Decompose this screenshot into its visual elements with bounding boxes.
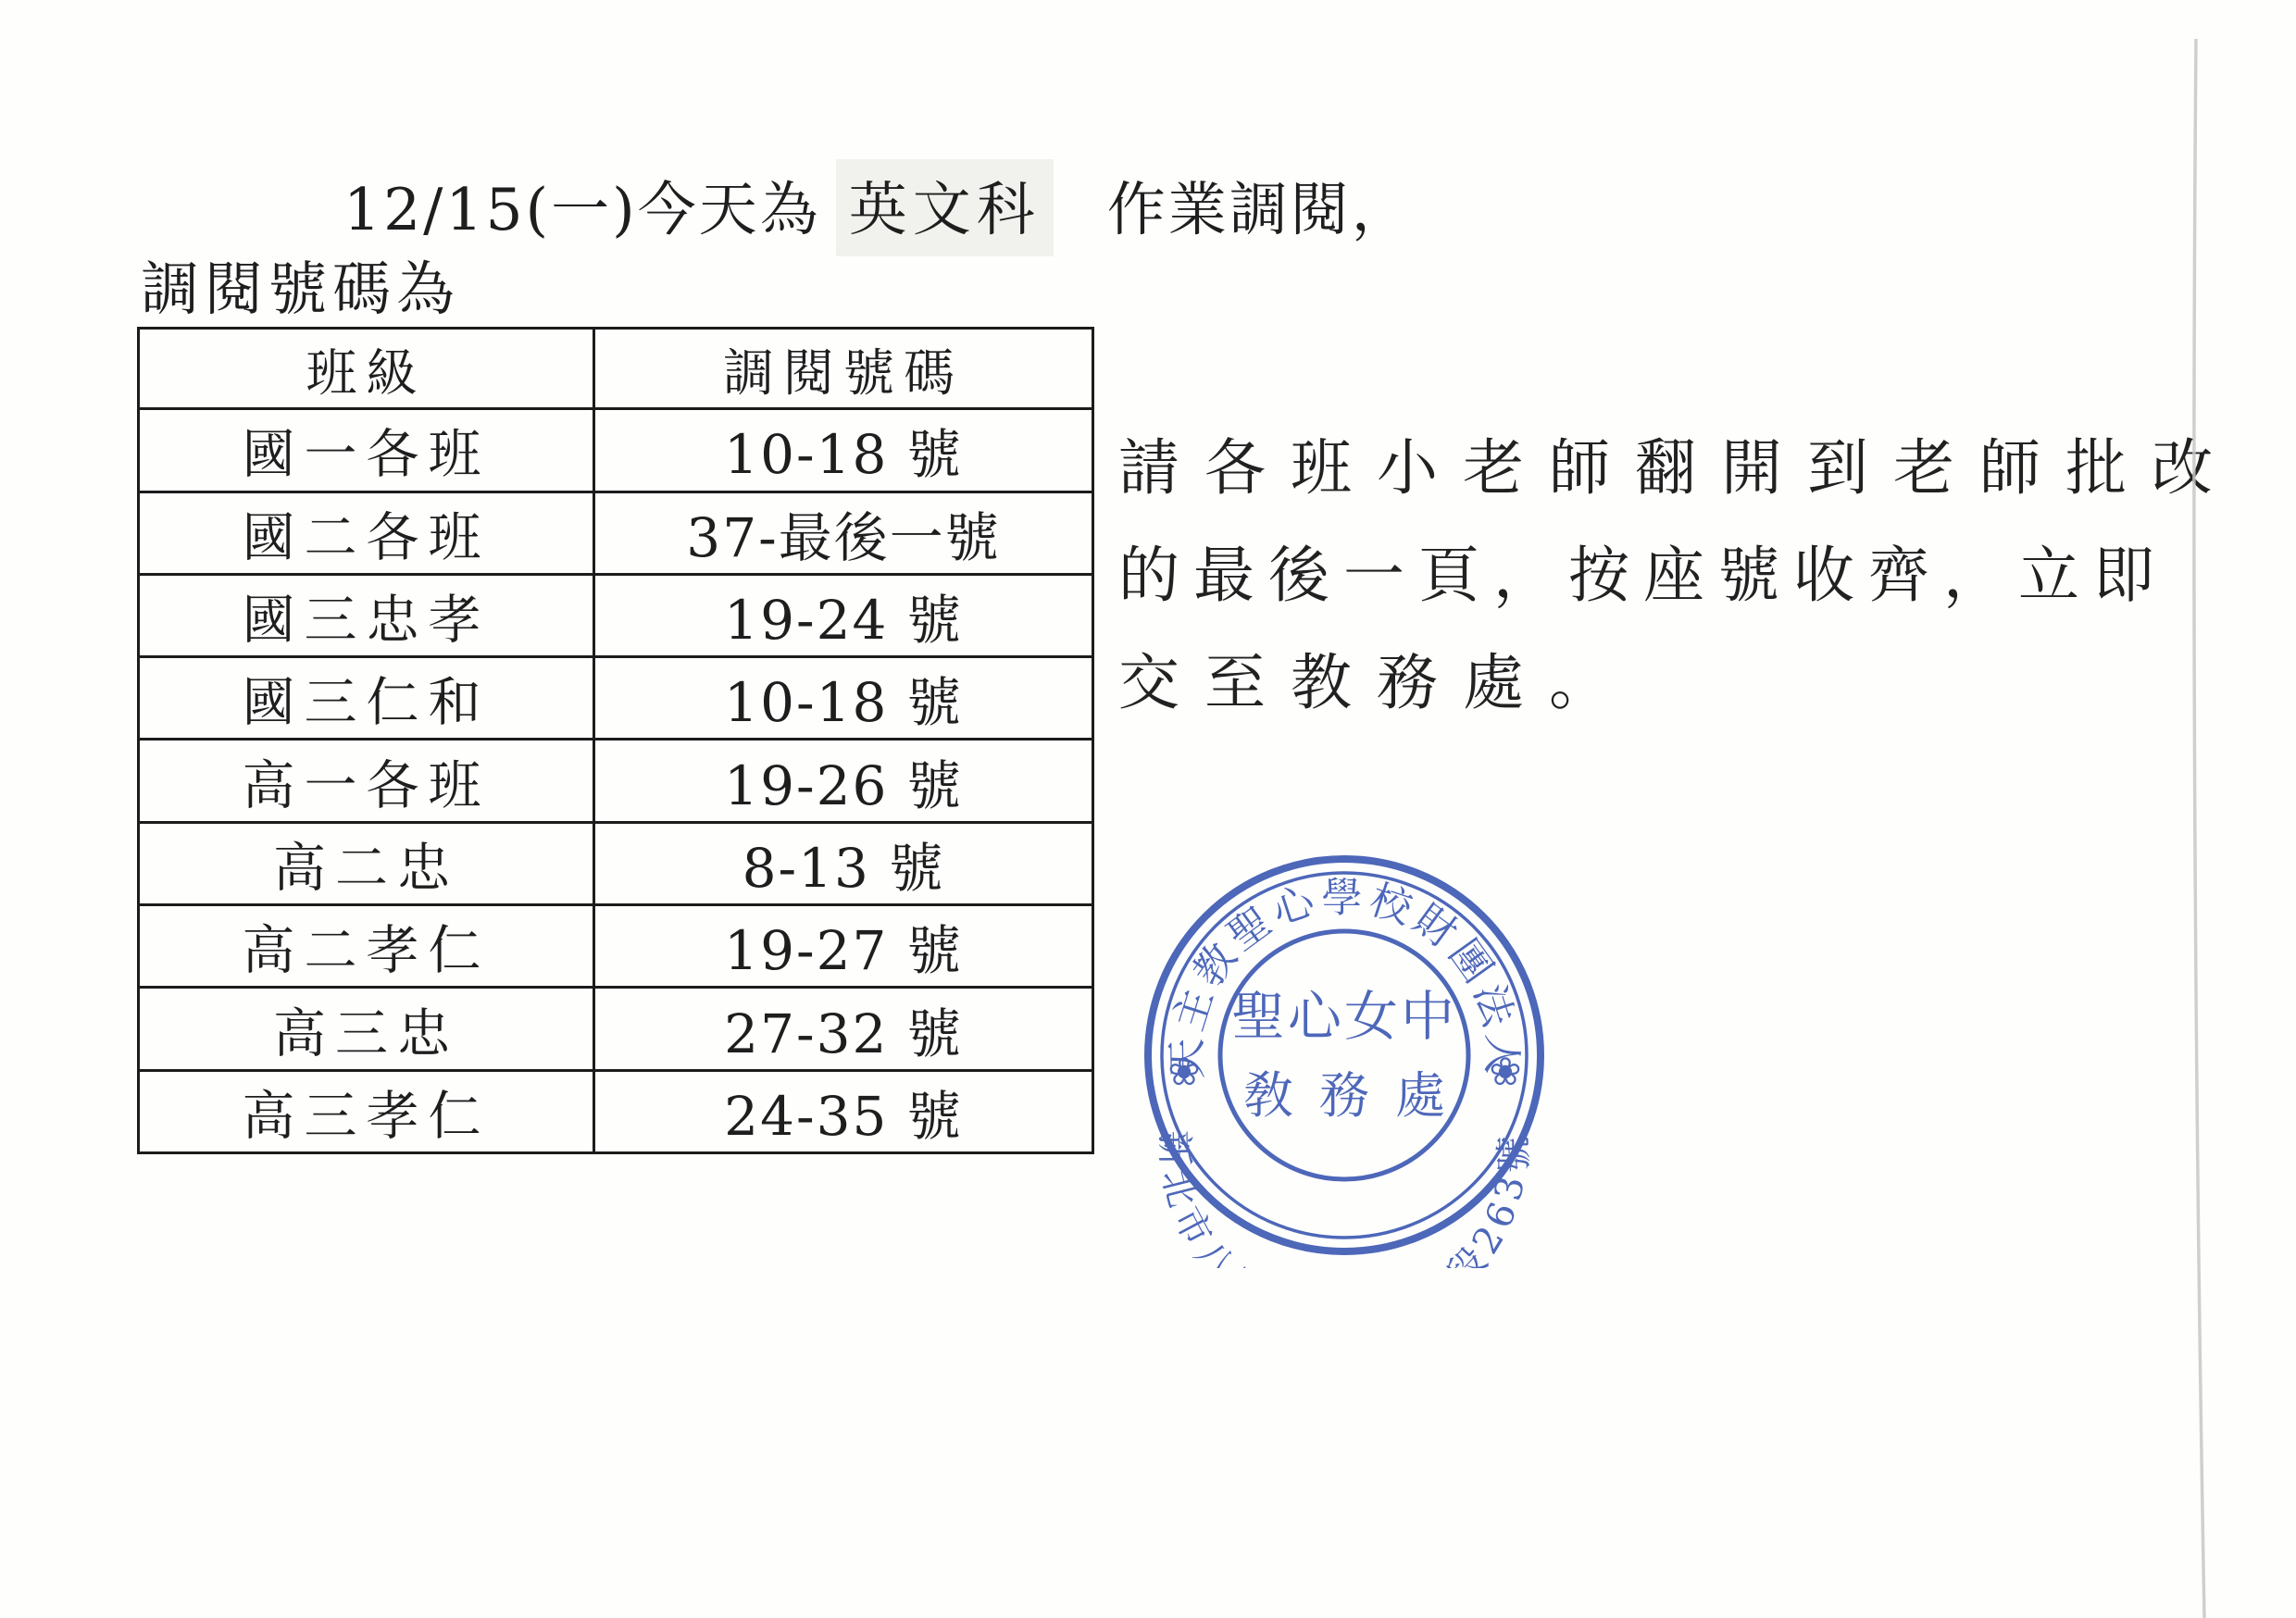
school-office-stamp: 天主教聖心學校財團法人 新北市八里區龍米路一段263號 聖心女中 敎務處 ❀ ❀ <box>1131 842 1557 1268</box>
table-row: 高二孝仁 19-27 號 <box>139 905 1093 988</box>
numbers-cell: 10-18 號 <box>594 409 1093 492</box>
title-suffix-text: 作業調閱， <box>1107 163 1413 247</box>
header-class: 班級 <box>139 329 594 409</box>
table-row: 高二忠 8-13 號 <box>139 822 1093 904</box>
note-line: 交至教務處。 <box>1118 629 2238 737</box>
stamp-office-name: 敎務處 <box>1243 1066 1471 1125</box>
title-date-text: 12/15(一)今天為 <box>343 163 821 247</box>
plum-blossom-icon: ❀ <box>1489 1049 1521 1094</box>
table-row: 高一各班 19-26 號 <box>139 740 1093 822</box>
instruction-note: 請各班小老師翻開到老師批改 的最後一頁，按座號收齊，立即 交至教務處。 <box>1118 415 2238 737</box>
class-cell: 高二孝仁 <box>139 905 594 988</box>
note-line: 的最後一頁，按座號收齊，立即 <box>1118 522 2238 629</box>
note-line: 請各班小老師翻開到老師批改 <box>1118 415 2238 522</box>
class-cell: 高二忠 <box>139 822 594 904</box>
numbers-cell: 19-27 號 <box>594 905 1093 988</box>
numbers-cell: 27-32 號 <box>594 988 1093 1070</box>
numbers-cell: 19-24 號 <box>594 574 1093 656</box>
class-cell: 國三忠孝 <box>139 574 594 656</box>
subject-field: 英文科 <box>836 159 1054 256</box>
table-row: 國二各班 37-最後一號 <box>139 492 1093 574</box>
numbers-cell: 8-13 號 <box>594 822 1093 904</box>
stamp-school-name: 聖心女中 <box>1231 985 1457 1048</box>
table-row: 國三忠孝 19-24 號 <box>139 574 1093 656</box>
class-cell: 國二各班 <box>139 492 594 574</box>
numbers-cell: 19-26 號 <box>594 740 1093 822</box>
class-cell: 高一各班 <box>139 740 594 822</box>
class-cell: 國一各班 <box>139 409 594 492</box>
class-cell: 高三孝仁 <box>139 1070 594 1152</box>
table-row: 高三忠 27-32 號 <box>139 988 1093 1070</box>
table-row: 國一各班 10-18 號 <box>139 409 1093 492</box>
table-row: 國三仁和 10-18 號 <box>139 657 1093 740</box>
numbers-cell: 24-35 號 <box>594 1070 1093 1152</box>
class-cell: 高三忠 <box>139 988 594 1070</box>
plum-blossom-icon: ❀ <box>1167 1049 1200 1094</box>
table-header-row: 班級 調閱號碼 <box>139 329 1093 409</box>
stamp-outer-inner-rim <box>1162 873 1527 1238</box>
header-numbers: 調閱號碼 <box>594 329 1093 409</box>
title-line-1: 12/15(一)今天為 英文科 作業調閱， <box>343 159 1413 256</box>
title-line-2: 調閱號碼為 <box>141 243 460 327</box>
checked-numbers-table: 班級 調閱號碼 國一各班 10-18 號 國二各班 37-最後一號 國三忠孝 1… <box>137 327 1094 1154</box>
scanned-notice-page: 12/15(一)今天為 英文科 作業調閱， 調閱號碼為 班級 調閱號碼 國一各班… <box>0 0 2296 1618</box>
table-row: 高三孝仁 24-35 號 <box>139 1070 1093 1152</box>
numbers-cell: 37-最後一號 <box>594 492 1093 574</box>
stamp-inner-ring <box>1220 931 1468 1179</box>
numbers-cell: 10-18 號 <box>594 657 1093 740</box>
class-cell: 國三仁和 <box>139 657 594 740</box>
